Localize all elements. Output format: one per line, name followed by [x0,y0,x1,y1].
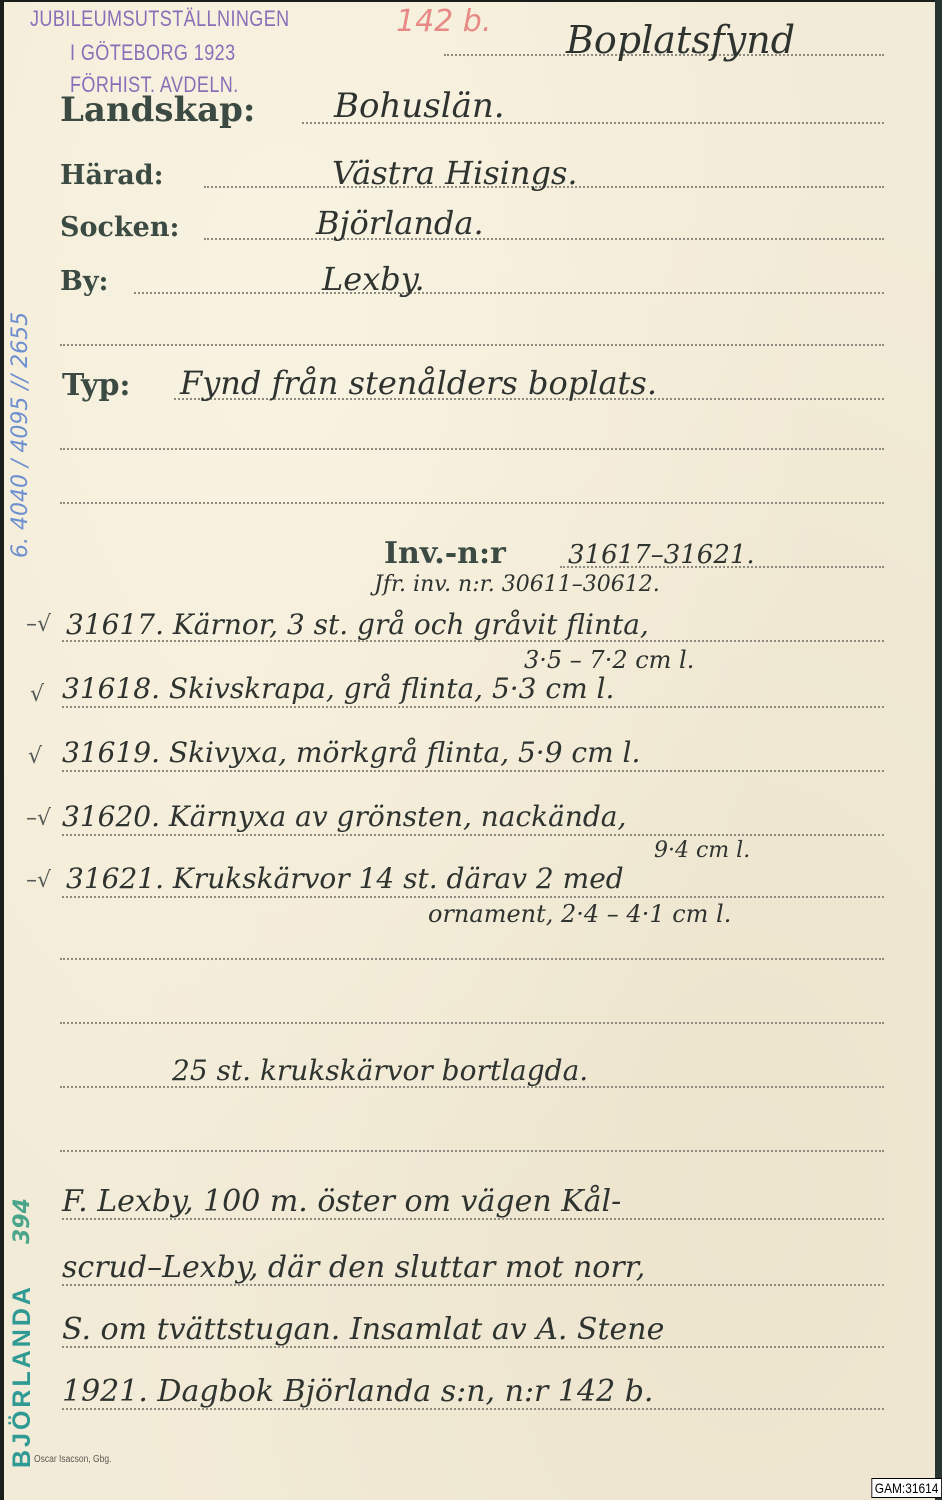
blue-pencil-note: 6. 4040 / 4095 // 2655 [8,312,33,558]
check-mark-icon: –√ [26,612,51,637]
dotted-line [134,292,884,294]
value-by: Lexby. [322,260,425,298]
check-mark-icon: –√ [26,868,51,893]
dotted-line [60,344,884,346]
item-31621-continuation: ornament, 2·4 – 4·1 cm l. [428,900,731,928]
card-heading: Boplatsfynd [566,18,795,62]
item-31620-continuation: 9·4 cm l. [654,838,750,863]
value-typ: Fynd från stenålders boplats. [180,364,657,402]
check-mark-icon: –√ [26,806,51,831]
item-text: Kärnyxa av grönsten, nackända, [169,800,627,833]
value-socken: Björlanda. [316,204,484,242]
item-31619: 31619. Skivyxa, mörkgrå flinta, 5·9 cm l… [62,736,640,769]
dotted-line [204,238,884,240]
card-edge [935,0,942,1500]
check-mark-icon: √ [28,744,42,769]
dotted-line [62,834,884,836]
item-text: Skivyxa, mörkgrå flinta, 5·9 cm l. [169,736,641,769]
location-line-4: 1921. Dagbok Björlanda s:n, n:r 142 b. [62,1374,653,1409]
stamp-line-2: I GÖTEBORG 1923 [70,40,236,66]
item-text: Skivskrapa, grå flinta, 5·3 cm l. [169,672,614,705]
value-landskap: Bohuslän. [334,86,505,126]
item-number: 31617. [66,608,164,641]
inventory-range: 31617–31621. [568,540,755,570]
discarded-note: 25 st. krukskärvor bortlagda. [172,1054,588,1087]
printer-imprint: Oscar Isacson, Gbg. [34,1454,111,1465]
item-text: Kärnor, 3 st. grå och gråvit flinta, [173,608,649,641]
red-catalog-number: 142 b. [396,4,491,39]
teal-parish-stamp: BJÖRLANDA [8,1284,37,1468]
label-by: By: [60,266,108,297]
archive-id-label: GAM:31614 [872,1478,942,1498]
location-line-2: scrud–Lexby, där den sluttar mot norr, [62,1250,645,1285]
dotted-line [60,1022,884,1024]
value-harad: Västra Hisings. [332,154,578,192]
dotted-line [62,706,884,708]
label-socken: Socken: [60,212,179,243]
dotted-line [62,896,884,898]
location-line-3: S. om tvättstugan. Insamlat av A. Stene [62,1312,664,1347]
item-number: 31620. [62,800,160,833]
item-31621: 31621. Krukskärvor 14 st. därav 2 med [66,862,624,895]
item-number: 31621. [66,862,164,895]
label-inventory-number: Inv.-n:r [384,536,506,571]
label-typ: Typ: [62,368,131,403]
item-number: 31619. [62,736,160,769]
location-line-1: F. Lexby, 100 m. öster om vägen Kål- [62,1184,621,1219]
check-mark-icon: √ [30,682,44,707]
dotted-line [60,502,884,504]
dotted-line [60,958,884,960]
dotted-line [62,770,884,772]
stamp-line-1: JUBILEUMSUTSTÄLLNINGEN [30,6,290,32]
dotted-line [60,448,884,450]
dotted-line [60,1150,884,1152]
item-31617-continuation: 3·5 – 7·2 cm l. [524,646,694,674]
item-31620: 31620. Kärnyxa av grönsten, nackända, [62,800,626,833]
item-number: 31618. [62,672,160,705]
catalog-card: JUBILEUMSUTSTÄLLNINGEN I GÖTEBORG 1923 F… [4,2,935,1500]
inventory-reference: Jfr. inv. n:r. 30611–30612. [374,572,660,597]
item-31617: 31617. Kärnor, 3 st. grå och gråvit flin… [66,608,649,641]
item-text: Krukskärvor 14 st. därav 2 med [173,862,624,895]
label-landskap: Landskap: [60,90,255,130]
item-31618: 31618. Skivskrapa, grå flinta, 5·3 cm l. [62,672,614,705]
label-harad: Härad: [60,160,164,191]
green-number: 394 [10,1198,35,1244]
